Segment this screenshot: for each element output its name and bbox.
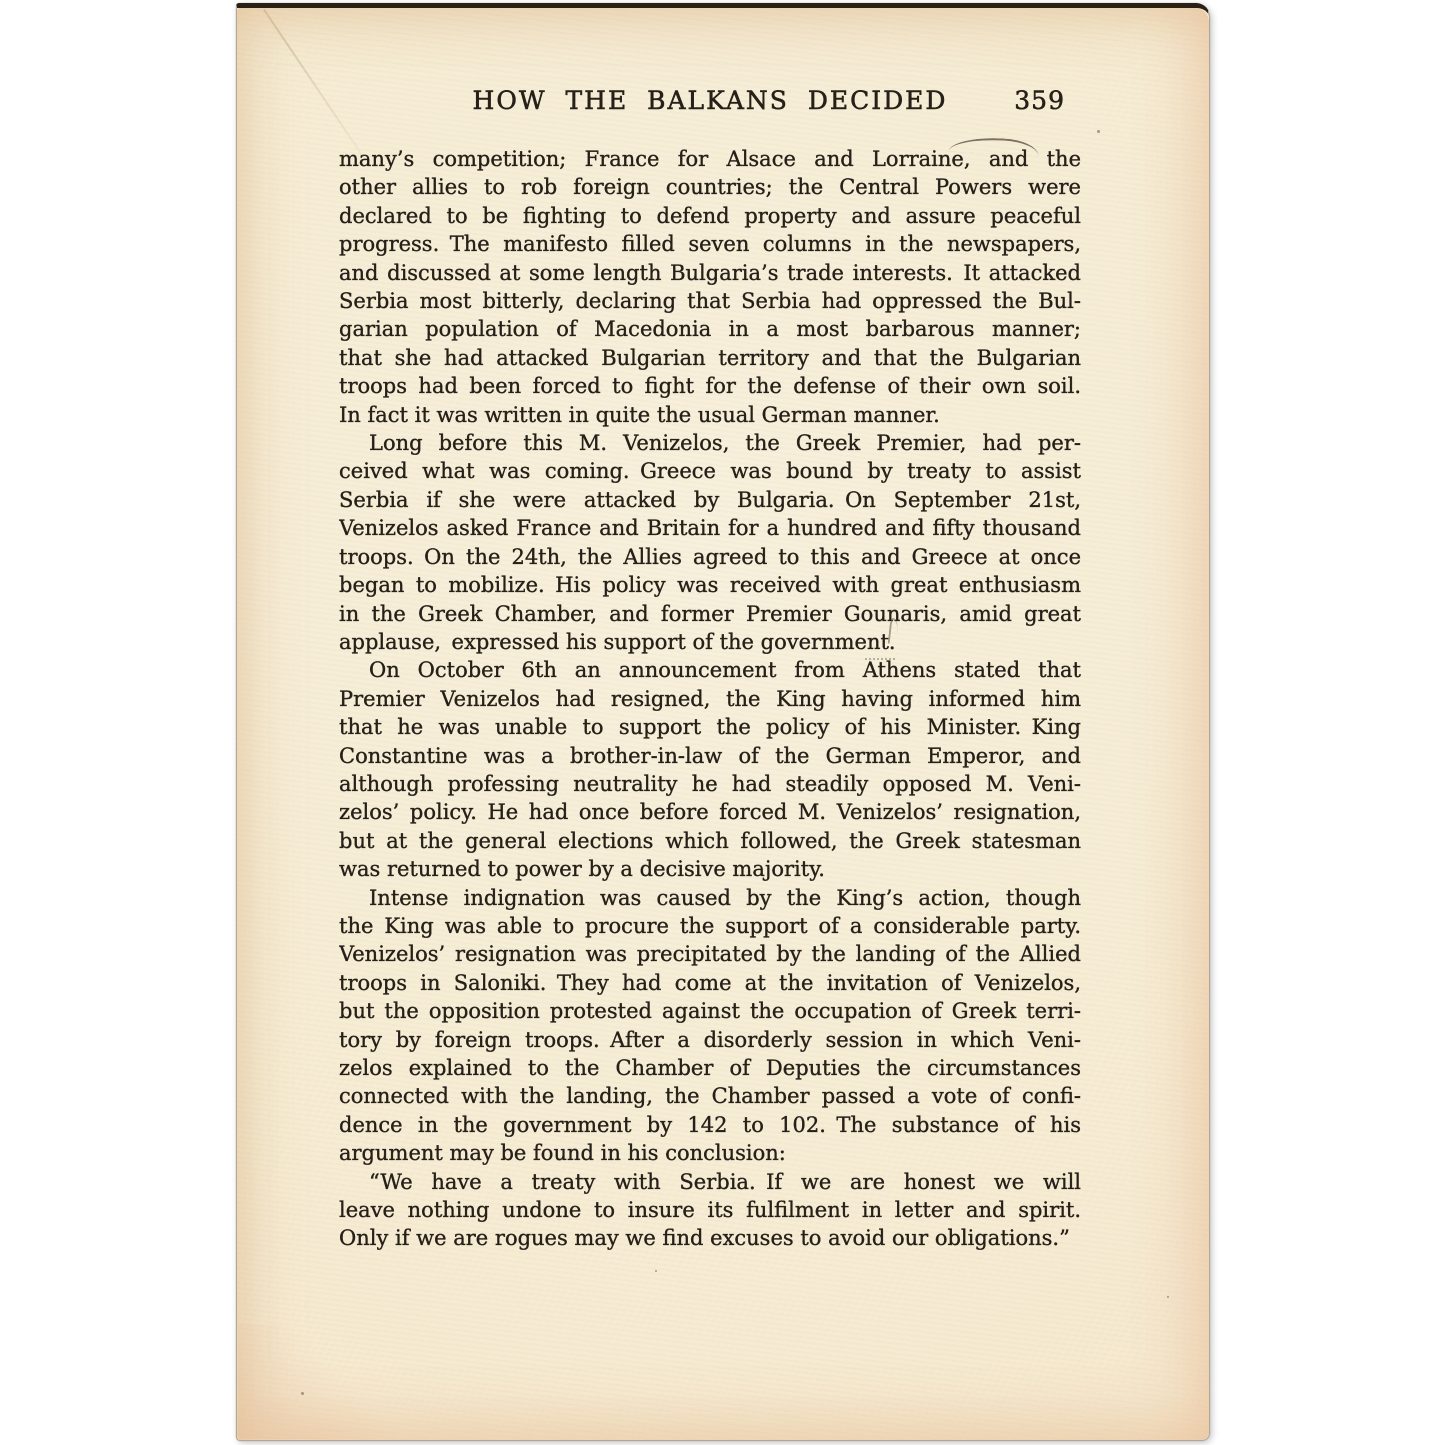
text-line: ceived what was coming. Greece was bound… xyxy=(339,457,1081,485)
text-line: in the Greek Chamber, and former Premier… xyxy=(339,600,1081,628)
scan-background: HOW THE BALKANS DECIDED 359 many’s compe… xyxy=(0,0,1445,1445)
paragraph: Long before this M. Venizelos, the Greek… xyxy=(339,429,1081,656)
corner-toning xyxy=(238,1324,398,1439)
paragraph: Intense indignation was caused by the Ki… xyxy=(339,884,1081,1168)
text-line: Venizelos asked France and Britain for a… xyxy=(339,514,1081,542)
text-line: Only if we are rogues may we find excuse… xyxy=(339,1224,1081,1252)
text-line: zelos’ policy. He had once before forced… xyxy=(339,798,1081,826)
text-line: was returned to power by a decisive majo… xyxy=(339,855,1081,883)
text-line: other allies to rob foreign countries; t… xyxy=(339,173,1081,201)
text-line: dence in the government by 142 to 102. T… xyxy=(339,1111,1081,1139)
text-line: Premier Venizelos had resigned, the King… xyxy=(339,685,1081,713)
paragraph: “We have a treaty with Serbia. If we are… xyxy=(339,1168,1081,1253)
text-line: that she had attacked Bulgarian territor… xyxy=(339,344,1081,372)
text-line: leave nothing undone to insure its fulfi… xyxy=(339,1196,1081,1224)
text-line: progress. The manifesto filled seven col… xyxy=(339,230,1081,258)
text-line: declared to be fighting to defend proper… xyxy=(339,202,1081,230)
text-line: argument may be found in his conclusion: xyxy=(339,1139,1081,1167)
book-page: HOW THE BALKANS DECIDED 359 many’s compe… xyxy=(236,3,1210,1441)
text-line: began to mobilize. His policy was receiv… xyxy=(339,571,1081,599)
text-line: that he was unable to support the policy… xyxy=(339,713,1081,741)
text-line: but the opposition protested against the… xyxy=(339,997,1081,1025)
running-header: HOW THE BALKANS DECIDED 359 xyxy=(339,86,1081,120)
text-line: Venizelos’ resignation was precipitated … xyxy=(339,940,1081,968)
text-line: many’s competition; France for Alsace an… xyxy=(339,145,1081,173)
text-line: “We have a treaty with Serbia. If we are… xyxy=(339,1168,1081,1196)
paper-speck xyxy=(655,1270,657,1272)
body-text: many’s competition; France for Alsace an… xyxy=(339,145,1081,1253)
paper-speck xyxy=(1097,130,1100,133)
text-line: garian population of Macedonia in a most… xyxy=(339,315,1081,343)
text-line: troops. On the 24th, the Allies agreed t… xyxy=(339,543,1081,571)
chapter-title: HOW THE BALKANS DECIDED xyxy=(473,86,948,115)
text-line: In fact it was written in quite the usua… xyxy=(339,401,1081,429)
text-line: tory by foreign troops. After a disorder… xyxy=(339,1026,1081,1054)
text-line: On October 6th an announcement from Athe… xyxy=(339,656,1081,684)
text-line: troops in Saloniki. They had come at the… xyxy=(339,969,1081,997)
text-line: applause, expressed his support of the g… xyxy=(339,628,1081,656)
page-number: 359 xyxy=(1014,86,1065,115)
text-line: zelos explained to the Chamber of Deputi… xyxy=(339,1054,1081,1082)
text-line: Constantine was a brother-in-law of the … xyxy=(339,742,1081,770)
text-line: and discussed at some length Bulgaria’s … xyxy=(339,259,1081,287)
text-line: although professing neutrality he had st… xyxy=(339,770,1081,798)
text-line: Long before this M. Venizelos, the Greek… xyxy=(339,429,1081,457)
paragraph: many’s competition; France for Alsace an… xyxy=(339,145,1081,429)
text-line: connected with the landing, the Chamber … xyxy=(339,1082,1081,1110)
text-line: Serbia most bitterly, declaring that Ser… xyxy=(339,287,1081,315)
paper-speck xyxy=(301,1392,304,1395)
text-line: the King was able to procure the support… xyxy=(339,912,1081,940)
paper-crease xyxy=(263,9,365,159)
paper-speck xyxy=(1167,1296,1169,1298)
text-line: but at the general elections which follo… xyxy=(339,827,1081,855)
text-line: Intense indignation was caused by the Ki… xyxy=(339,884,1081,912)
text-line: Serbia if she were attacked by Bulgaria.… xyxy=(339,486,1081,514)
text-line: troops had been forced to fight for the … xyxy=(339,372,1081,400)
paragraph: On October 6th an announcement from Athe… xyxy=(339,656,1081,883)
